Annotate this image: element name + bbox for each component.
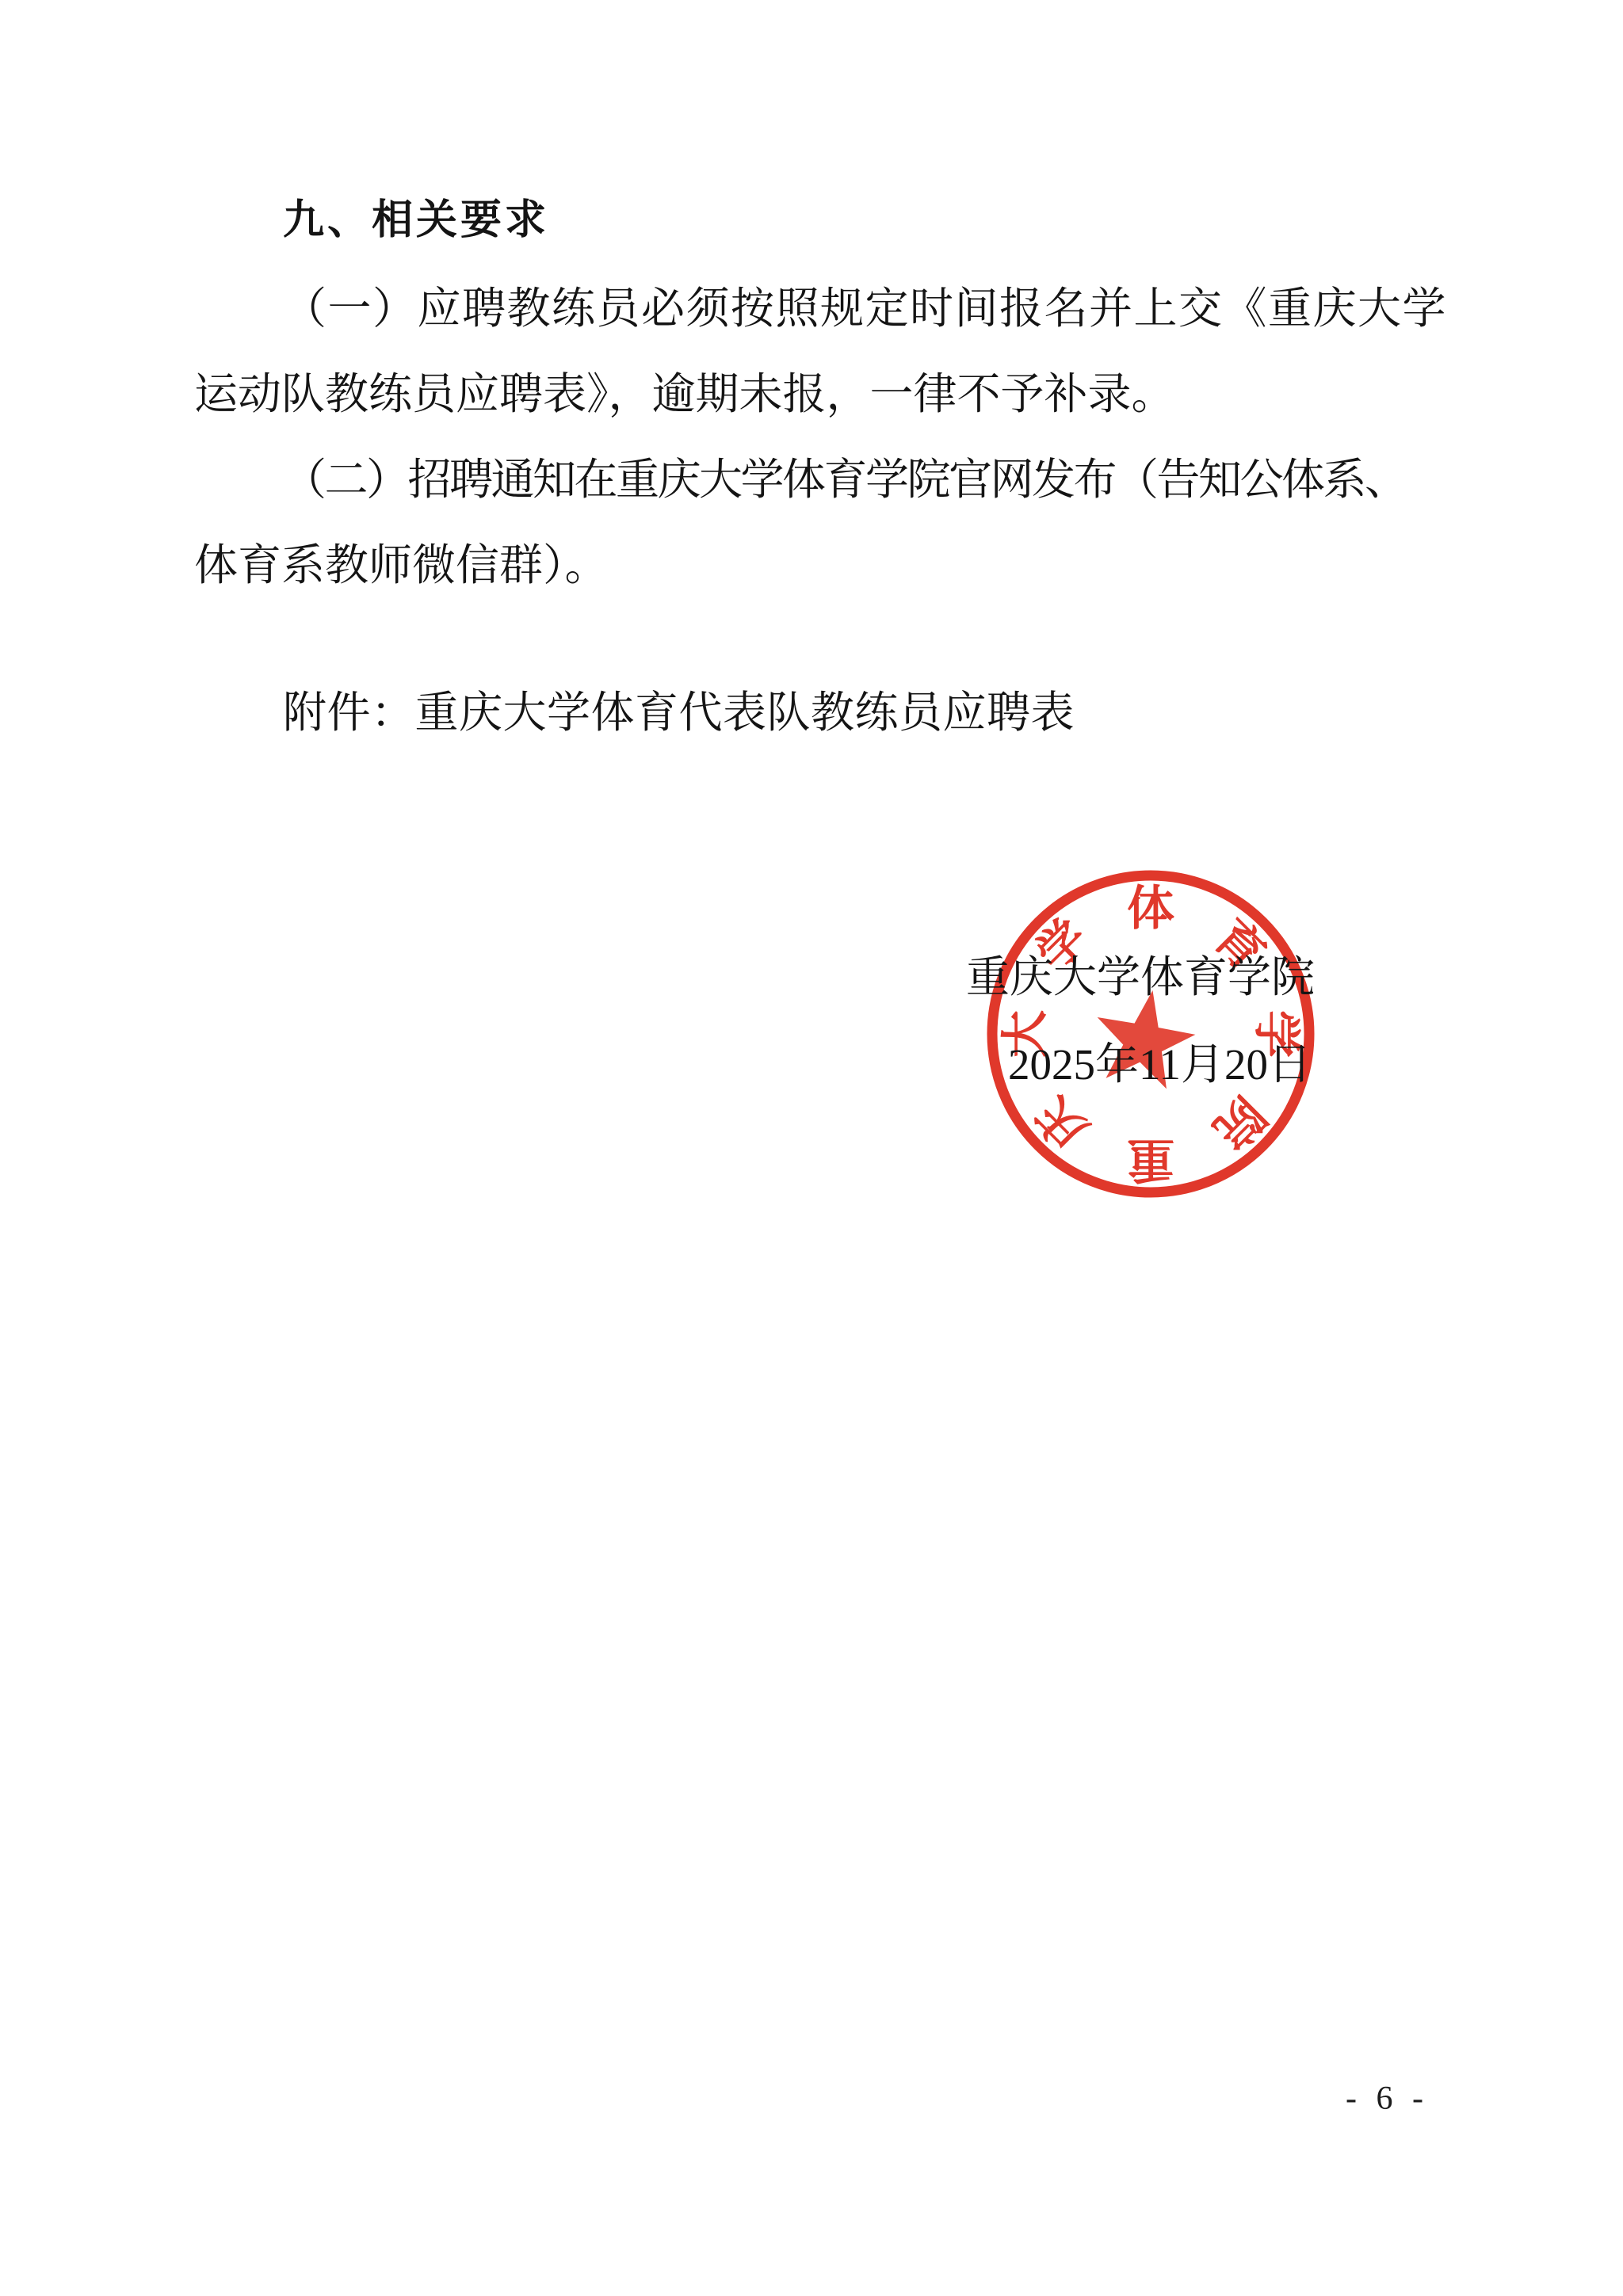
document-page: 九、相关要求 （一）应聘教练员必须按照规定时间报名并上交《重庆大学 运动队教练员… [0, 0, 1623, 2296]
signature-date: 2025年11月20日 [1008, 1043, 1312, 1086]
seal-ring-char: 体 [1127, 883, 1174, 935]
paragraph-1-line-1: （一）应聘教练员必须按照规定时间报名并上交《重庆大学 [283, 287, 1447, 330]
paragraph-2-line-1: （二）招聘通知在重庆大学体育学院官网发布（告知公体系、 [283, 458, 1407, 502]
seal-ring-char: 重 [1127, 1133, 1174, 1185]
signature-organization: 重庆大学体育学院 [966, 955, 1315, 999]
official-seal: 重 庆 大 学 体 育 学 院 [968, 852, 1333, 1216]
paragraph-1-line-2: 运动队教练员应聘表》，逾期未报，一律不予补录。 [194, 372, 1175, 416]
paragraph-2-line-2: 体育系教师微信群）。 [194, 543, 609, 587]
page-number: - 6 - [1346, 2082, 1429, 2115]
section-heading: 九、相关要求 [283, 200, 549, 241]
attachment-line: 附件：重庆大学体育代表队教练员应聘表 [283, 691, 1075, 734]
